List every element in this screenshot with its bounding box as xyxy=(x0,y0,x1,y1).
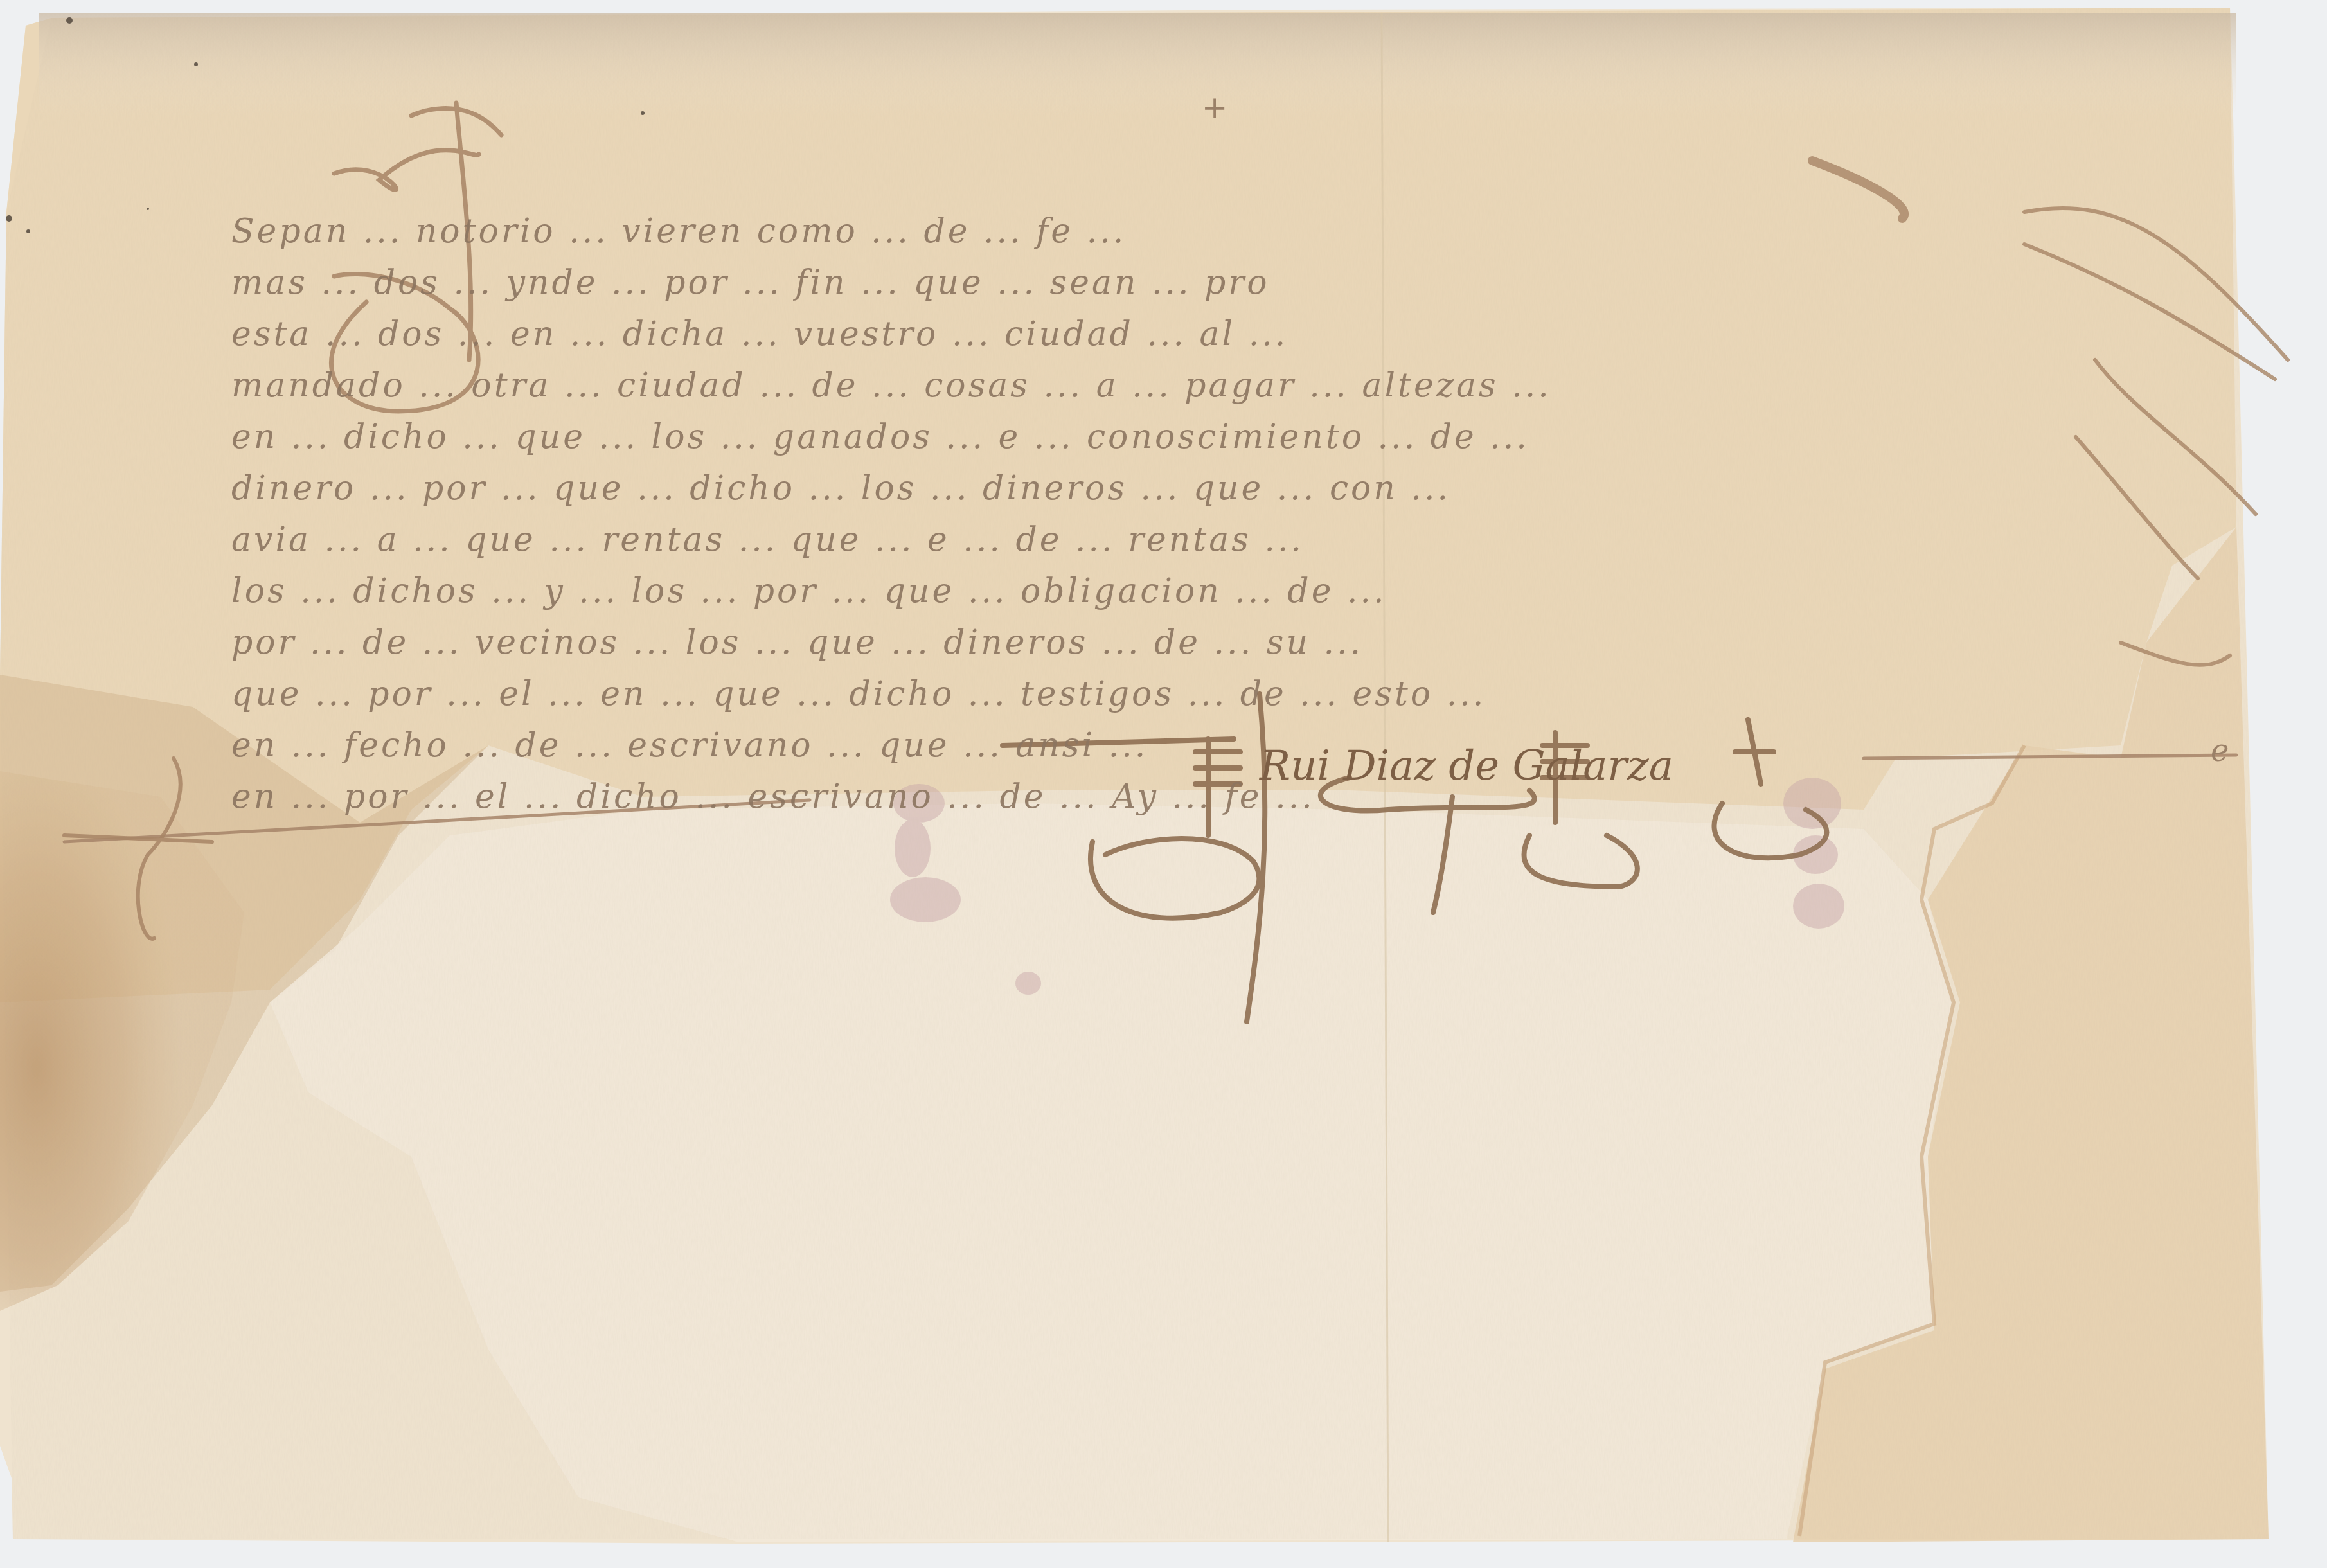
signature-name: Rui Diaz de Galarza xyxy=(1260,742,1673,790)
manuscript-line: Sepan ... notorio ... vieren como ... de… xyxy=(231,212,1126,251)
margin-letter-mark: e xyxy=(2211,733,2229,769)
margin-cross-mark: + xyxy=(1202,90,1227,126)
manuscript-line: que ... por ... el ... en ... que ... di… xyxy=(231,675,1486,713)
manuscript-sheet: Sepan ... notorio ... vieren como ... de… xyxy=(0,0,2327,1568)
manuscript-line: mas ... dos ... ynde ... por ... fin ...… xyxy=(231,263,1270,302)
manuscript-line: avia ... a ... que ... rentas ... que ..… xyxy=(231,521,1304,559)
manuscript-line: en ... por ... el ... dicho ... escrivan… xyxy=(231,778,1315,816)
manuscript-line: esta ... dos ... en ... dicha ... vuestr… xyxy=(231,315,1288,353)
manuscript-line: por ... de ... vecinos ... los ... que .… xyxy=(231,623,1363,662)
manuscript-line: mandado ... otra ... ciudad ... de ... c… xyxy=(231,366,1551,405)
manuscript-line: en ... fecho ... de ... escrivano ... qu… xyxy=(231,726,1148,765)
manuscript-line: dinero ... por ... que ... dicho ... los… xyxy=(231,469,1450,508)
manuscript-line: en ... dicho ... que ... los ... ganados… xyxy=(231,418,1529,456)
manuscript-line: los ... dichos ... y ... los ... por ...… xyxy=(231,572,1387,610)
